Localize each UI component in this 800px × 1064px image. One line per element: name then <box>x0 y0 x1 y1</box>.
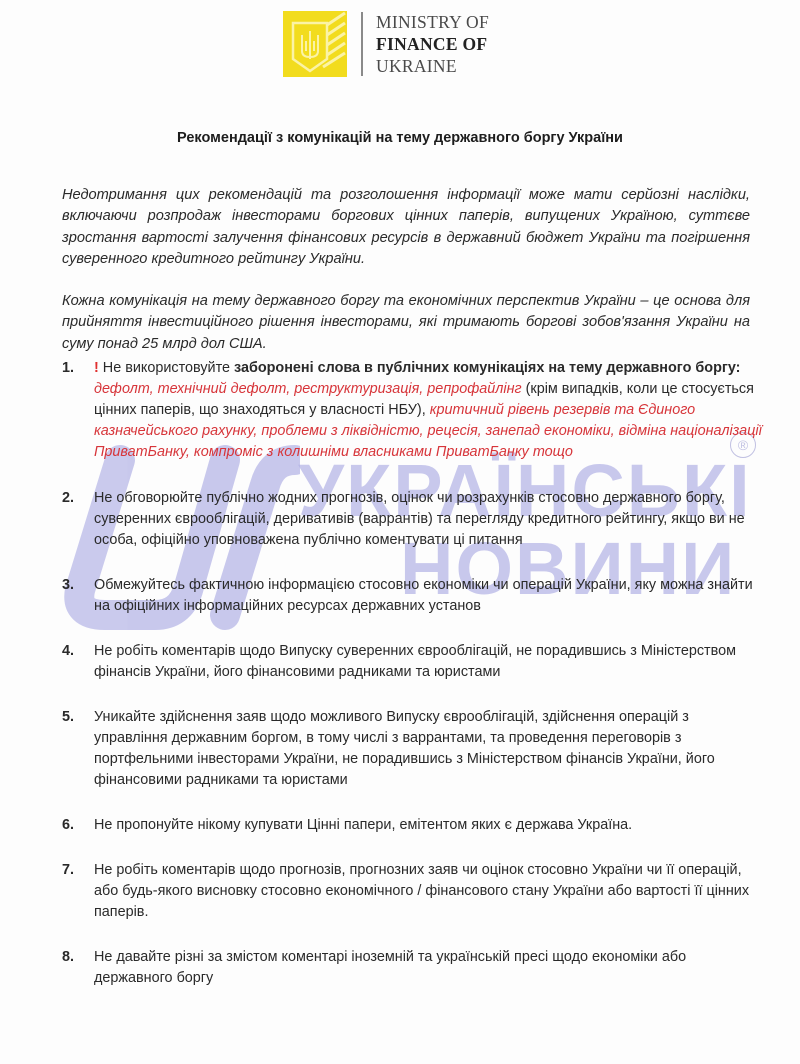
rule-item-6: 6. Не пропонуйте нікому купувати Цінні п… <box>62 815 762 836</box>
ministry-name-line2: FINANCE OF <box>376 34 487 54</box>
trident-emblem-icon <box>283 11 347 77</box>
rule-bold-text: заборонені слова в публічних комунікація… <box>234 360 740 376</box>
rule-item-2: 2. Не обговорюйте публічно жодних прогно… <box>62 488 762 551</box>
rule-item-3: 3. Обмежуйтесь фактичною інформацією сто… <box>62 575 762 617</box>
ministry-name-line3: UKRAINE <box>376 55 489 77</box>
document-title: Рекомендації з комунікацій на тему держа… <box>0 130 800 146</box>
forbidden-words-a: дефолт, технічний дефолт, реструктуризац… <box>94 381 522 397</box>
rule-text: Обмежуйтесь фактичною інформацією стосов… <box>94 577 753 614</box>
rule-item-8: 8. Не давайте різні за змістом коментарі… <box>62 947 762 989</box>
header-divider <box>361 12 363 76</box>
ministry-name-line1: MINISTRY OF <box>376 11 489 33</box>
rule-text: Не давайте різні за змістом коментарі ін… <box>94 949 686 986</box>
rule-number: 3. <box>62 575 74 596</box>
rule-item-4: 4. Не робіть коментарів щодо Випуску сув… <box>62 641 762 683</box>
rule-text: Не пропонуйте нікому купувати Цінні папе… <box>94 817 632 833</box>
intro-paragraph-2: Кожна комунікація на тему державного бор… <box>62 291 750 356</box>
rule-item-5: 5. Уникайте здійснення заяв щодо можливо… <box>62 707 762 791</box>
rule-text: Не обговорюйте публічно жодних прогнозів… <box>94 490 745 548</box>
rule-number: 4. <box>62 641 74 662</box>
rule-text: Не робіть коментарів щодо Випуску сувере… <box>94 643 736 680</box>
rule-item-7: 7. Не робіть коментарів щодо прогнозів, … <box>62 860 762 923</box>
rule-lead-text: Не використовуйте <box>99 360 234 376</box>
ministry-name: MINISTRY OF FINANCE OF UKRAINE <box>376 11 489 77</box>
rules-list: 1. ! Не використовуйте заборонені слова … <box>62 358 762 989</box>
rule-text: Уникайте здійснення заяв щодо можливого … <box>94 709 715 788</box>
rule-text: Не робіть коментарів щодо прогнозів, про… <box>94 862 749 920</box>
rule-number: 1. <box>62 358 74 379</box>
intro-paragraph-1: Недотримання цих рекомендацій та розголо… <box>62 185 750 271</box>
rule-number: 5. <box>62 707 74 728</box>
rule-number: 8. <box>62 947 74 968</box>
rule-item-1: 1. ! Не використовуйте заборонені слова … <box>62 358 762 463</box>
rule-number: 2. <box>62 488 74 509</box>
ministry-header: MINISTRY OF FINANCE OF UKRAINE <box>283 10 489 78</box>
rule-number: 6. <box>62 815 74 836</box>
rule-number: 7. <box>62 860 74 881</box>
